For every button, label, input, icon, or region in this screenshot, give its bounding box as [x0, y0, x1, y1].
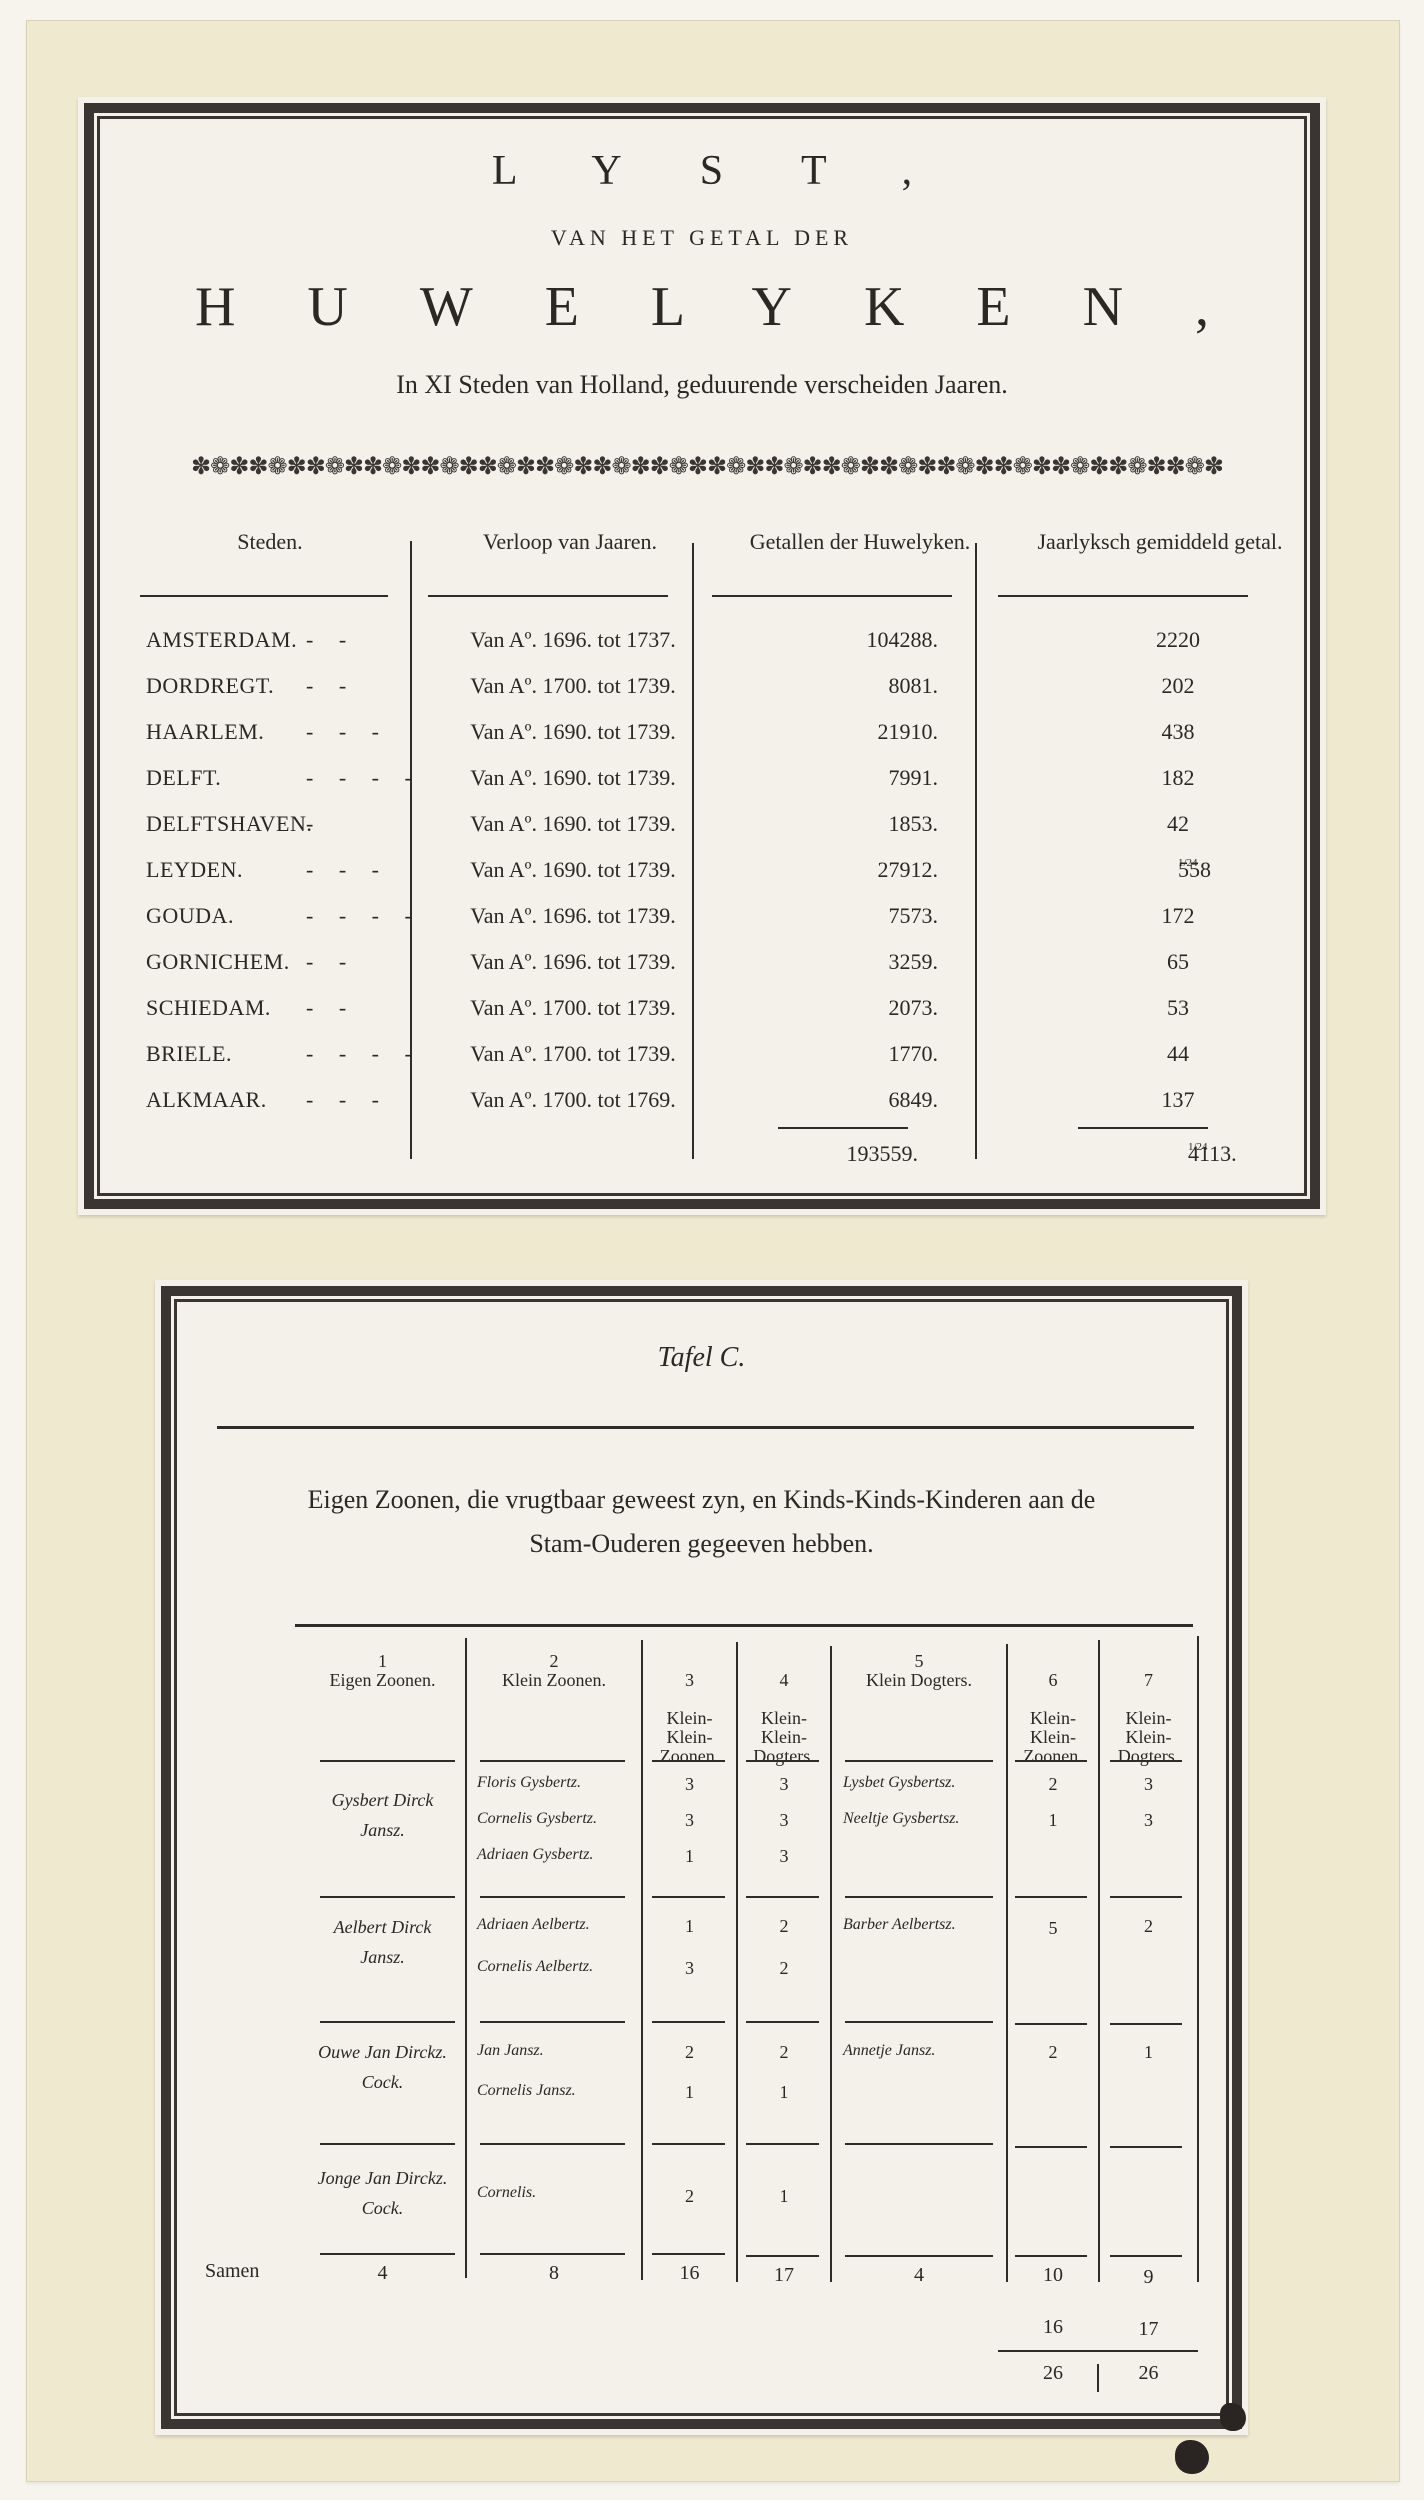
eigen-zoon-name: Ouwe Jan Dirckz. [300, 2042, 465, 2063]
tafel-c-card: Tafel C. Eigen Zoonen, die vrugtbaar gew… [155, 1280, 1248, 2435]
table-row: BRIELE. - - - - Van Aº. 1700. tot 1739. … [78, 1041, 1326, 1087]
year-range: Van Aº. 1696. tot 1739. [438, 949, 708, 975]
separator [652, 2143, 725, 2145]
year-range: Van Aº. 1690. tot 1739. [438, 719, 708, 745]
yearly-average: 172 [1078, 903, 1278, 929]
grand-total-rule [998, 2350, 1198, 2352]
leader-dots: - [306, 811, 323, 837]
leader-dots: - - - [306, 857, 389, 883]
year-range: Van Aº. 1700. tot 1739. [438, 1041, 708, 1067]
klein-dogter-name: Barber Aelbertsz. [843, 1916, 956, 1934]
col-header-getallen: Getallen der Huwelyken. [690, 529, 1030, 555]
separator [320, 2143, 455, 2145]
separator [480, 2021, 625, 2023]
separator [746, 1760, 819, 1762]
table-row: AMSTERDAM. - - Van Aº. 1696. tot 1737. 1… [78, 627, 1326, 673]
col-header-steden: Steden. [130, 529, 410, 555]
separator [1015, 1760, 1087, 1762]
yearly-average: 42 [1078, 811, 1278, 837]
count-cell: 3 [643, 1774, 736, 1795]
col-number: 5 [832, 1652, 1006, 1671]
marriage-count: 6849. [738, 1087, 938, 1113]
separator [845, 2021, 993, 2023]
marriages-list-card: LYST, VAN HET GETAL DER HUWELYKEN, In XI… [78, 97, 1326, 1215]
year-range: Van Aº. 1696. tot 1737. [438, 627, 708, 653]
year-range: Van Aº. 1700. tot 1739. [438, 673, 708, 699]
totals-row: 193559. 4113.1/24 [78, 1141, 1326, 1187]
count-cell: 1 [1100, 2042, 1197, 2063]
separator [1015, 2255, 1087, 2257]
marriage-count: 2073. [738, 995, 938, 1021]
separator [1015, 2146, 1087, 2148]
heading-line-1: Eigen Zoonen, die vrugtbaar geweest zyn,… [195, 1478, 1208, 1522]
table-top-rule [295, 1624, 1193, 1627]
klein-zoon-name: Adriaen Aelbertz. [477, 1916, 590, 1934]
count-cell: 3 [1100, 1810, 1197, 1831]
grand-total-dogters: 26 [1100, 2362, 1197, 2385]
count-cell: 1 [643, 1846, 736, 1867]
separator [320, 1896, 455, 1898]
separator [480, 1760, 625, 1762]
separator [652, 2253, 725, 2255]
count-cell: 1 [643, 1916, 736, 1937]
ink-stain-corner [1220, 2403, 1246, 2431]
count-cell: 2 [1008, 2042, 1098, 2063]
carry-dogters: 17 [1100, 2318, 1197, 2341]
col-number: 4 [738, 1671, 830, 1690]
table-heading: Eigen Zoonen, die vrugtbaar geweest zyn,… [195, 1478, 1208, 1566]
marriage-count: 104288. [738, 627, 938, 653]
marriage-count: 1853. [738, 811, 938, 837]
separator [845, 1760, 993, 1762]
separator [1110, 1896, 1182, 1898]
marriage-count: 7573. [738, 903, 938, 929]
city-name: HAARLEM. [146, 719, 264, 745]
col-header-klein-klein-dogters: 4 Klein- Klein- Dogters. [738, 1652, 830, 1785]
total-avg-fraction: 1/24 [1188, 1141, 1208, 1153]
grand-total-divider [1097, 2364, 1099, 2392]
count-cell: 1 [643, 2082, 736, 2103]
separator [845, 2143, 993, 2145]
eigen-zoon-name-cont: Jansz. [300, 1820, 465, 1841]
eigen-zoon-name: Jonge Jan Dirckz. [300, 2168, 465, 2189]
col-number: 7 [1100, 1671, 1197, 1690]
yearly-average: 182 [1078, 765, 1278, 791]
column-divider [1197, 1636, 1199, 2282]
eigen-zoon-name-cont: Cock. [300, 2072, 465, 2093]
city-name: SCHIEDAM. [146, 995, 271, 1021]
col-label: Klein Zoonen. [467, 1671, 641, 1690]
separator [1015, 1896, 1087, 1898]
yearly-average: 438 [1078, 719, 1278, 745]
klein-zoon-name: Cornelis Gysbertz. [477, 1810, 597, 1828]
ink-stain [1175, 2440, 1209, 2474]
col-header-klein-dogters: 5 Klein Dogters. [832, 1652, 1006, 1690]
total-klein-dogters: 4 [832, 2264, 1006, 2287]
count-cell: 3 [738, 1774, 830, 1795]
separator [845, 2255, 993, 2257]
year-range: Van Aº. 1700. tot 1769. [438, 1087, 708, 1113]
separator [746, 2143, 819, 2145]
count-cell: 3 [738, 1810, 830, 1831]
leader-dots: - - - - [306, 1041, 422, 1067]
eigen-zoon-name: Gysbert Dirck [300, 1790, 465, 1811]
separator [480, 2253, 625, 2255]
klein-dogter-name: Neeltje Gysbertsz. [843, 1810, 959, 1828]
sum-rule [1078, 1127, 1208, 1129]
table-title: Tafel C. [155, 1342, 1248, 1374]
col-label: Eigen Zoonen. [300, 1671, 465, 1690]
count-cell: 5 [1008, 1918, 1098, 1939]
col-header-eigen-zoonen: 1 Eigen Zoonen. [300, 1652, 465, 1690]
separator [1110, 2146, 1182, 2148]
table-row: DORDREGT. - - Van Aº. 1700. tot 1739. 80… [78, 673, 1326, 719]
sum-rule [778, 1127, 908, 1129]
separator [320, 2253, 455, 2255]
klein-zoon-name: Cornelis. [477, 2184, 536, 2202]
total-marriages: 193559. [718, 1141, 918, 1167]
separator [1110, 2023, 1182, 2025]
yearly-average: 202 [1078, 673, 1278, 699]
city-name: GORNICHEM. [146, 949, 290, 975]
yearly-average: 2220 [1078, 627, 1278, 653]
separator [746, 1896, 819, 1898]
col-label: Klein- Klein- Zoonen. [643, 1709, 736, 1766]
count-cell: 2 [738, 2042, 830, 2063]
grand-total-zoonen: 26 [1008, 2362, 1098, 2385]
separator [480, 1896, 625, 1898]
year-range: Van Aº. 1700. tot 1739. [438, 995, 708, 1021]
col-header-verloop: Verloop van Jaaren. [430, 529, 710, 555]
count-cell: 2 [1100, 1916, 1197, 1937]
klein-dogter-name: Annetje Jansz. [843, 2042, 935, 2060]
heading-line-2: Stam-Ouderen gegeeven hebben. [195, 1522, 1208, 1566]
total-eigen-zoonen: 4 [300, 2262, 465, 2285]
separator [845, 1896, 993, 1898]
count-cell: 2 [643, 2042, 736, 2063]
count-cell: 1 [738, 2082, 830, 2103]
separator [746, 2021, 819, 2023]
total-kk-zoonen: 16 [643, 2262, 736, 2285]
table-row: LEYDEN. - - - Van Aº. 1690. tot 1739. 27… [78, 857, 1326, 903]
yearly-average: 137 [1078, 1087, 1278, 1113]
header-rule [712, 595, 952, 597]
count-cell: 2 [643, 2186, 736, 2207]
total-kk-dogters-b: 9 [1100, 2266, 1197, 2289]
col-number: 6 [1008, 1671, 1098, 1690]
klein-zoon-name: Cornelis Jansz. [477, 2082, 576, 2100]
total-kk-zoonen-b: 10 [1008, 2264, 1098, 2287]
leader-dots: - - [306, 949, 356, 975]
marriage-count: 27912. [738, 857, 938, 883]
count-cell: 3 [738, 1846, 830, 1867]
title-lyst: LYST, [78, 147, 1326, 195]
title-huwelyken: HUWELYKEN, [78, 275, 1326, 339]
col-number: 1 [300, 1652, 465, 1671]
title-rule [217, 1426, 1194, 1429]
col-label: Klein- Klein- Zoonen. [1008, 1709, 1098, 1766]
yearly-average: 44 [1078, 1041, 1278, 1067]
year-range: Van Aº. 1696. tot 1739. [438, 903, 708, 929]
col-label: Klein- Klein- Dogters. [1100, 1709, 1197, 1766]
col-number: 3 [643, 1671, 736, 1690]
separator [746, 2255, 819, 2257]
count-cell: 3 [1100, 1774, 1197, 1795]
total-kk-dogters: 17 [738, 2264, 830, 2287]
avg-fraction: 1/24 [1178, 857, 1198, 869]
year-range: Van Aº. 1690. tot 1739. [438, 857, 708, 883]
table-row: DELFTSHAVEN. - Van Aº. 1690. tot 1739. 1… [78, 811, 1326, 857]
separator [652, 1896, 725, 1898]
klein-zoon-name: Jan Jansz. [477, 2042, 544, 2060]
table-row: DELFT. - - - - Van Aº. 1690. tot 1739. 7… [78, 765, 1326, 811]
total-klein-zoonen: 8 [467, 2262, 641, 2285]
col-header-klein-klein-zoonen: 3 Klein- Klein- Zoonen. [643, 1652, 736, 1785]
header-rule [140, 595, 388, 597]
city-name: DORDREGT. [146, 673, 274, 699]
city-name: AMSTERDAM. [146, 627, 297, 653]
subtitle: In XI Steden van Holland, geduurende ver… [78, 370, 1326, 400]
eigen-zoon-name: Aelbert Dirck [300, 1917, 465, 1938]
header-rule [428, 595, 668, 597]
eigen-zoon-name-cont: Cock. [300, 2198, 465, 2219]
count-cell: 1 [738, 2186, 830, 2207]
table-row: GOUDA. - - - - Van Aº. 1696. tot 1739. 7… [78, 903, 1326, 949]
table-row: GORNICHEM. - - Van Aº. 1696. tot 1739. 3… [78, 949, 1326, 995]
separator [1110, 1760, 1182, 1762]
col-header-jaarlyksch: Jaarlyksch gemiddeld getal. [990, 529, 1330, 555]
klein-zoon-name: Adriaen Gysbertz. [477, 1846, 593, 1864]
marriage-count: 8081. [738, 673, 938, 699]
city-name: LEYDEN. [146, 857, 243, 883]
count-cell: 2 [738, 1958, 830, 1979]
marriage-count: 7991. [738, 765, 938, 791]
separator [652, 1760, 725, 1762]
count-cell: 3 [643, 1958, 736, 1979]
col-label: Klein- Klein- Dogters. [738, 1709, 830, 1766]
city-name: DELFT. [146, 765, 221, 791]
table-row: SCHIEDAM. - - Van Aº. 1700. tot 1739. 20… [78, 995, 1326, 1041]
yearly-average: 53 [1078, 995, 1278, 1021]
leader-dots: - - - [306, 1087, 389, 1113]
marriage-count: 1770. [738, 1041, 938, 1067]
separator [1110, 2255, 1182, 2257]
separator [1015, 2023, 1087, 2025]
leader-dots: - - - - [306, 903, 422, 929]
year-range: Van Aº. 1690. tot 1739. [438, 765, 708, 791]
col-number: 2 [467, 1652, 641, 1671]
city-name: GOUDA. [146, 903, 234, 929]
city-name: ALKMAAR. [146, 1087, 267, 1113]
col-header-klein-klein-dogters-b: 7 Klein- Klein- Dogters. [1100, 1652, 1197, 1785]
separator [320, 2021, 455, 2023]
column-divider [465, 1638, 467, 2278]
separator [480, 2143, 625, 2145]
carry-zoonen: 16 [1008, 2316, 1098, 2339]
column-divider [830, 1646, 832, 2282]
klein-dogter-name: Lysbet Gysbertsz. [843, 1774, 955, 1792]
separator [320, 1760, 455, 1762]
col-label: Klein Dogters. [832, 1671, 1006, 1690]
col-header-klein-zoonen: 2 Klein Zoonen. [467, 1652, 641, 1690]
leader-dots: - - - [306, 719, 389, 745]
leader-dots: - - [306, 627, 356, 653]
count-cell: 2 [738, 1916, 830, 1937]
marriage-count: 21910. [738, 719, 938, 745]
title-van-het-getal: VAN HET GETAL DER [78, 225, 1326, 251]
year-range: Van Aº. 1690. tot 1739. [438, 811, 708, 837]
leader-dots: - - - - [306, 765, 422, 791]
leader-dots: - - [306, 673, 356, 699]
col-header-klein-klein-zoonen-b: 6 Klein- Klein- Zoonen. [1008, 1652, 1098, 1785]
table-row: HAARLEM. - - - Van Aº. 1690. tot 1739. 2… [78, 719, 1326, 765]
separator [652, 2021, 725, 2023]
flower-ornament-band-icon: ✽❁✽✽❁✽✽❁✽✽❁✽✽❁✽✽❁✽✽❁✽✽❁✽✽❁✽✽❁✽✽❁✽✽❁✽✽❁✽✽… [153, 452, 1261, 486]
totals-label: Samen [205, 2260, 259, 2283]
yearly-average: 65 [1078, 949, 1278, 975]
count-cell: 2 [1008, 1774, 1098, 1795]
marriage-count: 3259. [738, 949, 938, 975]
header-rule [998, 595, 1248, 597]
eigen-zoon-name-cont: Jansz. [300, 1947, 465, 1968]
klein-zoon-name: Cornelis Aelbertz. [477, 1958, 593, 1976]
city-name: BRIELE. [146, 1041, 232, 1067]
count-cell: 1 [1008, 1810, 1098, 1831]
klein-zoon-name: Floris Gysbertz. [477, 1774, 581, 1792]
count-cell: 3 [643, 1810, 736, 1831]
leader-dots: - - [306, 995, 356, 1021]
city-name: DELFTSHAVEN. [146, 811, 312, 837]
